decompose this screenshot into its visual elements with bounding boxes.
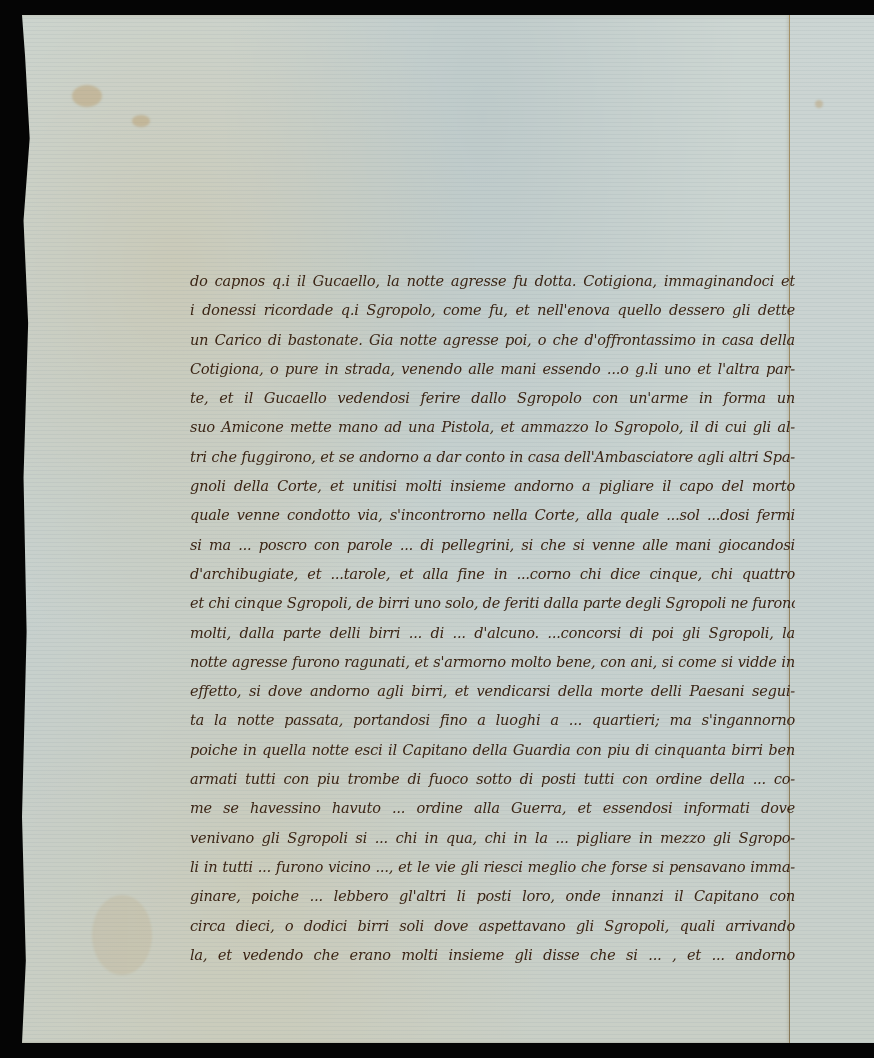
foxing-stain [72,85,102,107]
text-line: do capnos q.i il Gucaello, la notte agre… [190,268,795,297]
text-line: venivano gli Sgropoli si ... chi in qua,… [190,825,795,854]
text-line: notte agresse furono ragunati, et s'armo… [190,649,795,678]
text-line: ginare, poiche ... lebbero gl'altri li p… [190,883,795,912]
text-line: armati tutti con piu trombe di fuoco sot… [190,766,795,795]
text-line: d'archibugiate, et ...tarole, et alla fi… [190,561,795,590]
text-line: effetto, si dove andorno agli birri, et … [190,678,795,707]
text-line: suo Amicone mette mano ad una Pistola, e… [190,414,795,443]
text-line: gnoli della Corte, et unitisi molti insi… [190,473,795,502]
text-line: li in tutti ... furono vicino ..., et le… [190,854,795,883]
text-line: molti, dalla parte delli birri ... di ..… [190,620,795,649]
text-line: ta la notte passata, portandosi fino a l… [190,707,795,736]
scanned-manuscript: do capnos q.i il Gucaello, la notte agre… [0,0,874,1058]
handwritten-text-block: do capnos q.i il Gucaello, la notte agre… [190,268,795,971]
text-line: tri che fuggirono, et se andorno a dar c… [190,444,795,473]
text-line: circa dieci, o dodici birri soli dove as… [190,913,795,942]
text-line: te, et il Gucaello vedendosi ferire dall… [190,385,795,414]
manuscript-leaf-right [790,15,874,1043]
text-line: si ma ... poscro con parole ... di pelle… [190,532,795,561]
text-line: Cotigiona, o pure in strada, venendo all… [190,356,795,385]
text-line: quale venne condotto via, s'incontrorno … [190,502,795,531]
text-line: me se havessino havuto ... ordine alla G… [190,795,795,824]
foxing-stain [815,100,823,108]
foxing-stain [92,895,152,975]
text-line: la, et vedendo che erano molti insieme g… [190,942,795,971]
text-line: un Carico di bastonate. Gia notte agress… [190,327,795,356]
foxing-stain [132,115,150,127]
text-line: et chi cinque Sgropoli, de birri uno sol… [190,590,795,619]
text-line: i donessi ricordade q.i Sgropolo, come f… [190,297,795,326]
text-line: poiche in quella notte esci il Capitano … [190,737,795,766]
